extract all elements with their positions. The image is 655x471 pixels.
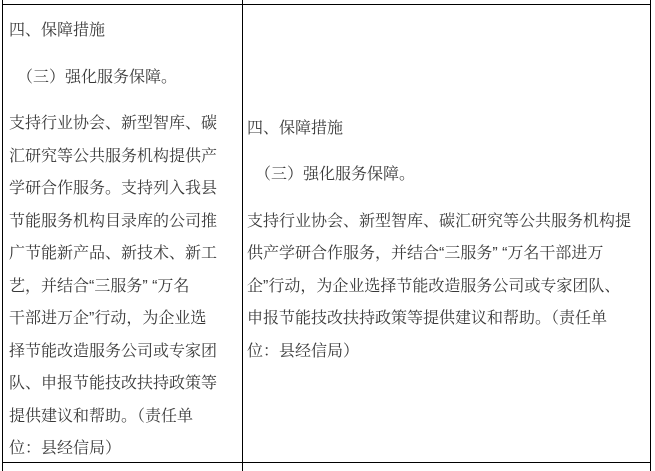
- left-body-text: 支持行业协会、新型智库、碳 汇研究等公共服务机构提供产 学研合作服务。支持列入我…: [9, 108, 239, 462]
- right-body-text: 支持行业协会、新型智库、碳汇研究等公共服务机构提 供产学研合作服务，并结合“三服…: [247, 206, 644, 369]
- table-border-right: [650, 0, 651, 471]
- right-clause-heading: （三）强化服务保障。: [247, 159, 644, 192]
- left-clause-heading: （三）强化服务保障。: [9, 62, 239, 95]
- left-column-cell: 四、保障措施 （三）强化服务保障。 支持行业协会、新型智库、碳 汇研究等公共服务…: [3, 5, 242, 462]
- document-page: 四、保障措施 （三）强化服务保障。 支持行业协会、新型智库、碳 汇研究等公共服务…: [0, 0, 655, 471]
- table-row-border-bottom: [2, 462, 651, 463]
- left-section-heading: 四、保障措施: [9, 15, 239, 48]
- right-section-heading: 四、保障措施: [247, 113, 644, 146]
- right-column-cell: 四、保障措施 （三）强化服务保障。 支持行业协会、新型智库、碳汇研究等公共服务机…: [243, 5, 650, 462]
